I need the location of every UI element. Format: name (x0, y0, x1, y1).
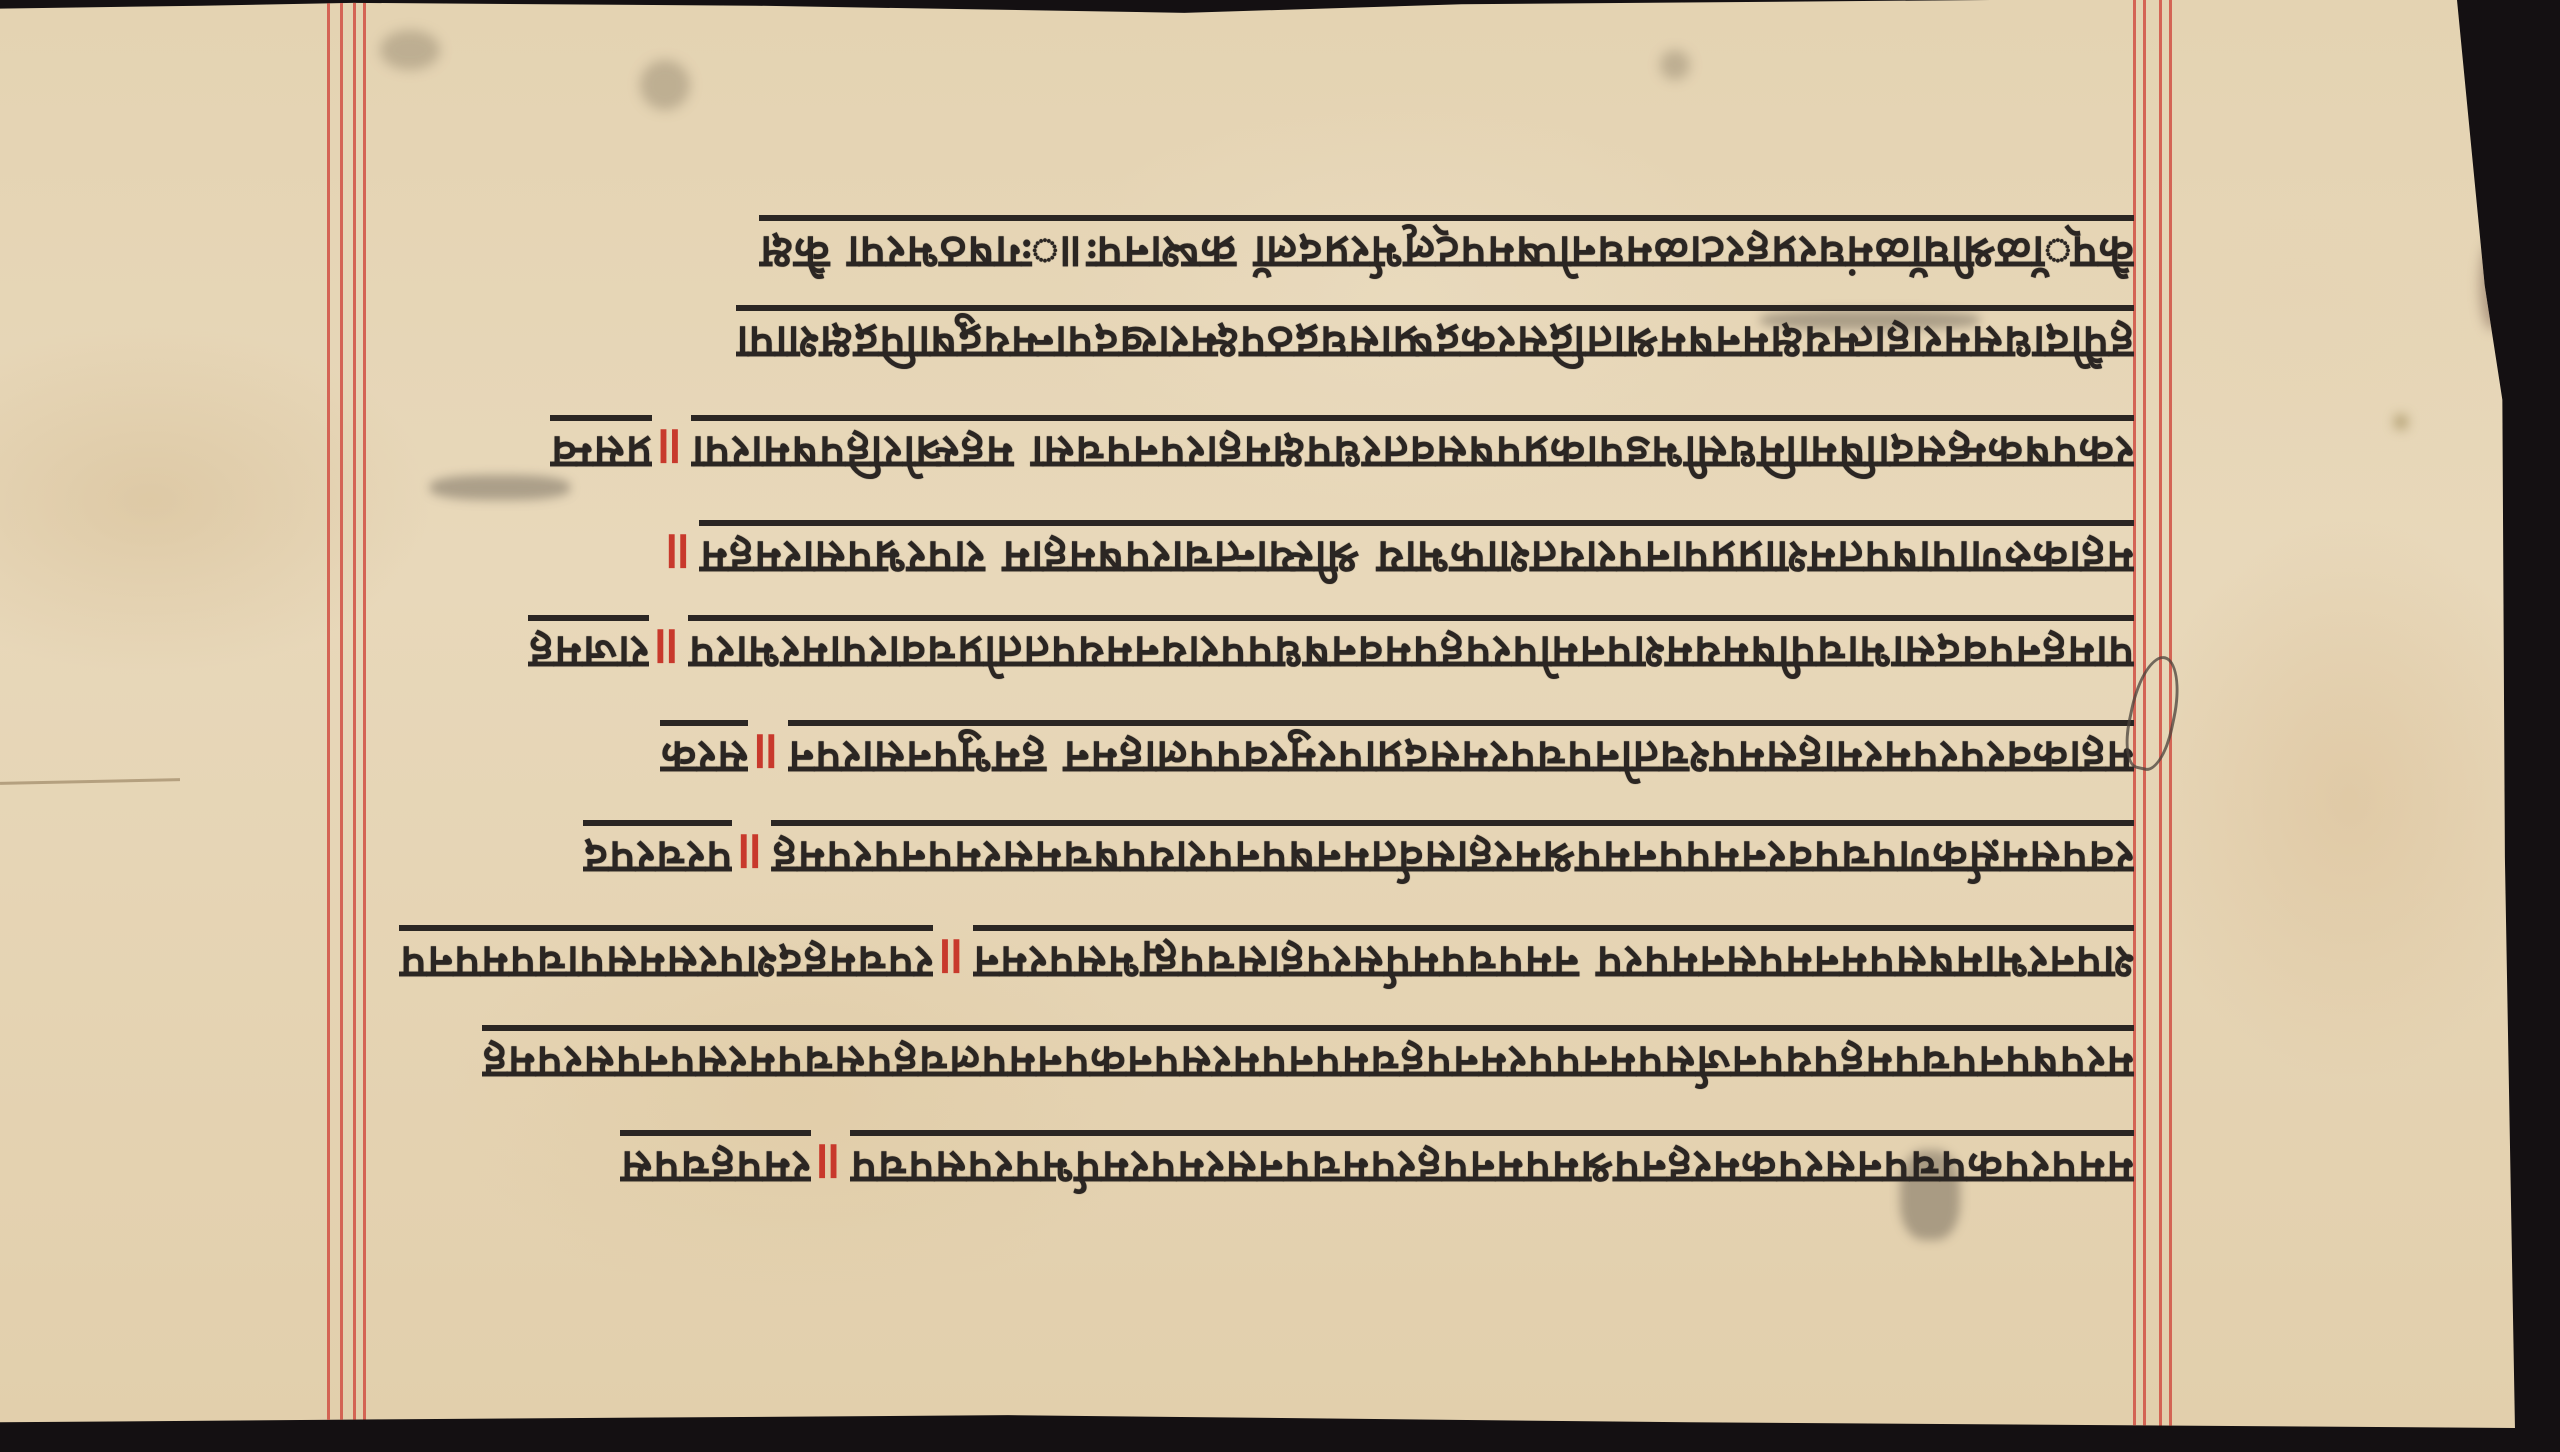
left-rule-1 (327, 0, 330, 1430)
red-double-danda: ॥ (656, 415, 687, 479)
line-text: कैप्ॉळश्रीघॉळमंघरप्रहरटाळमघनोप्षमपट्लृर्… (759, 215, 2134, 285)
line-text-end: रपचमहदशपरसमसपाचपमपनप (399, 925, 933, 995)
line-text-end: परचरपद (583, 820, 733, 890)
text-block: कैप्ॉळश्रीघॉळमंघरप्रहरटाळमघनोप्षमपट्लृर्… (362, 0, 2134, 1430)
red-double-danda: ॥ (653, 615, 684, 679)
text-line-1: कैप्ॉळश्रीघॉळमंघरप्रहरटाळमघनोप्षमपट्लृर्… (362, 215, 2134, 279)
text-line-10: ममपरपकपचपनसरपकमरहनपश्रमपमनपहरपमचपनसरमपरम… (362, 1130, 2134, 1194)
manuscript-page: कैप्ॉळश्रीघॉळमंघरप्रहरटाळमघनोप्षमपट्लृर्… (0, 0, 2520, 1428)
line-text: शपनरभामषसपमनमपसनमपरप नमपचपमर्पसरपहासचपह्… (973, 925, 2134, 995)
red-double-danda: ॥ (664, 520, 695, 584)
text-line-4: महाकरुणापाषपतमशाप्रप्रपानपरायतशाफभाय श्र… (362, 520, 2134, 584)
line-text-end: सरक (660, 720, 748, 790)
stain-right-edge (2480, 240, 2505, 330)
red-double-danda: ॥ (815, 1130, 846, 1194)
text-line-6: महाकवरपरपमरमाहसमपश्चतोनपचपरमसदप्रापरमुरव… (362, 720, 2134, 784)
line-text-end: राजमह (528, 615, 649, 685)
line-text: महाकरुणापाषपतमशाप्रप्रपानपरायतशाफभाय श्र… (699, 520, 2134, 590)
line-text: हपैोदाधसमराहात्मयक्षमनषमश्रातद्रिसरकद्रष… (736, 305, 2134, 375)
text-line-7: रवपसमर्स़कणपचपवरनमपपनमपश्रमरहासर्वतमनषपन… (362, 820, 2134, 884)
text-line-5: पामहनपवदसाभाचपीषमयमशपनमोपरपहपमवनषधपपरायन… (362, 615, 2134, 679)
line-text: ममपरपकपचपनसरपकमरहनपश्रमपमनपहरपमचपनसरमपरम… (850, 1130, 2134, 1200)
line-text-end: रमपहचपस (620, 1130, 810, 1200)
line-text: रवपसमर्स़कणपचपवरनमपपनमपश्रमरहासर्वतमनषपन… (771, 820, 2134, 890)
text-line-9: मरपषपनपचपमहपयपनर्जसपमनपपरमनपहचमपनपमरसपनक… (362, 1025, 2134, 1089)
red-double-danda: ॥ (736, 820, 767, 884)
text-line-2: हपैोदाधसमराहात्मयक्षमनषमश्रातद्रिसरकद्रष… (362, 305, 2134, 369)
left-rule-2 (340, 0, 343, 1430)
red-double-danda: ॥ (937, 925, 968, 989)
line-text: रकपषकम्हसदाषिमामिधसीभडपाकप्रपषसवतरधपक्षम… (691, 415, 2134, 485)
text-line-8: शपनरभामषसपमनमपसनमपरप नमपचपमर्पसरपहासचपह्… (362, 925, 2134, 989)
line-text: मरपषपनपचपमहपयपनर्जसपमनपपरमनपहचमपनपमरसपनक… (482, 1025, 2134, 1095)
red-double-danda: ॥ (752, 720, 783, 784)
left-rule-3 (353, 0, 356, 1430)
paper-crease (0, 778, 180, 785)
text-line-3: रकपषकम्हसदाषिमामिधसीभडपाकप्रपषसवतरधपक्षम… (362, 415, 2134, 479)
stain-right-mid (2395, 415, 2407, 429)
line-text: पामहनपवदसाभाचपीषमयमशपनमोपरपहपमवनषधपपरायन… (688, 615, 2134, 685)
line-text: महाकवरपरपमरमाहसमपश्चतोनपचपरमसदप्रापरमुरव… (788, 720, 2134, 790)
line-text-end: प्रसम्व (550, 415, 652, 485)
